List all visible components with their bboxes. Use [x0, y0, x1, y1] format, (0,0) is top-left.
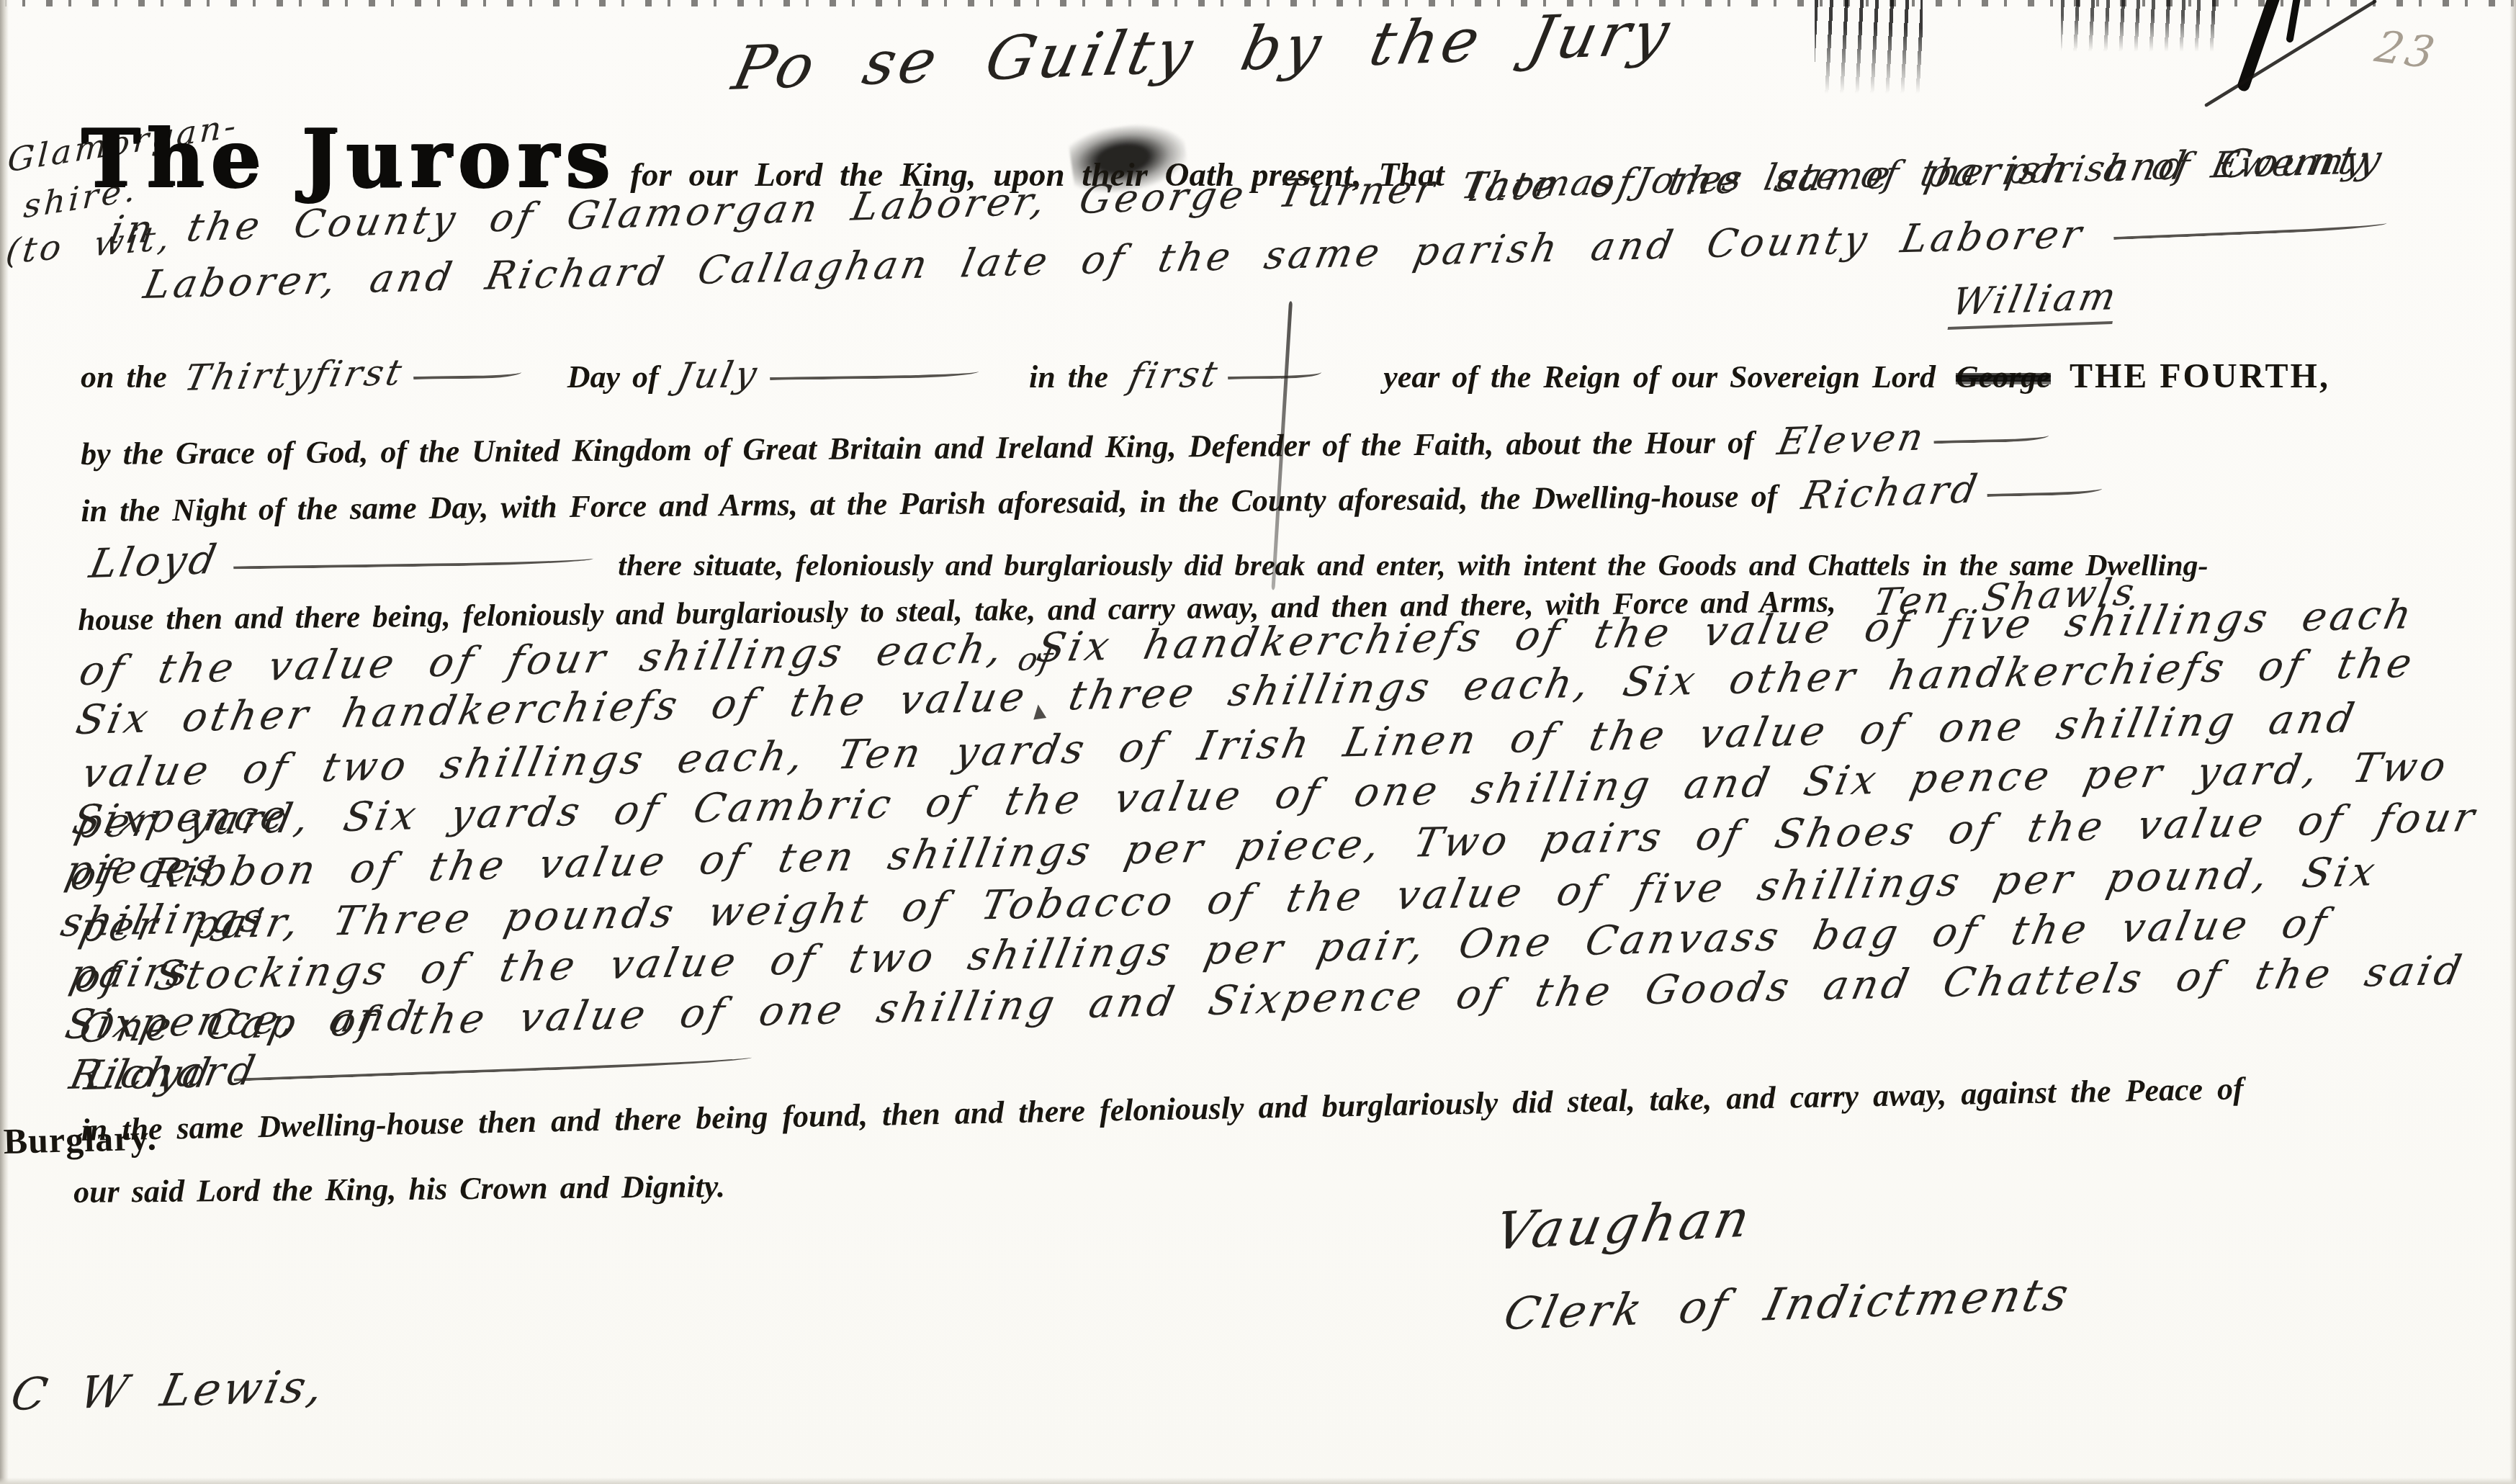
regnal-year-value: first [1126, 353, 1224, 397]
printed-day-of: Day of [567, 359, 659, 395]
charge-date-line: on the Thirtyfirst Day of July in the fi… [81, 354, 2330, 396]
ink-streaks [1815, 0, 1923, 94]
scanned-indictment-document: Po se Guilty by the Jury 23 Glamorgan- s… [0, 0, 2516, 1484]
flourish-line [770, 366, 979, 380]
ink-slash-mark [2182, 0, 2398, 112]
flourish-line [413, 366, 521, 379]
printed-king-style: THE FOURTH, [2070, 356, 2330, 396]
caret-icon [1031, 703, 1046, 719]
opening-blackletter: The Jurors [81, 127, 616, 190]
king-name-correction: George William [1956, 359, 2051, 395]
scan-bottom-edge [0, 1478, 2516, 1484]
month-value: July [673, 354, 763, 397]
flourish-line [1933, 430, 2049, 444]
night-line-text: in the Night of the same Day, with Force… [81, 477, 1777, 529]
counsel-name: C W Lewis, [6, 1360, 331, 1421]
printed-in-the: in the [1029, 359, 1108, 395]
flourish-line [2113, 217, 2386, 240]
flourish-line [1228, 366, 1321, 379]
inserted-word: of [1014, 641, 1058, 679]
printed-on-the: on the [81, 359, 167, 395]
flourish-line [234, 1052, 752, 1081]
householder-surname: Lloyd [86, 536, 223, 588]
printed-reign-of: year of the Reign of our Sovereign Lord [1383, 359, 1936, 395]
grace-line-text: by the Grace of God, of the United Kingd… [81, 424, 1754, 472]
signature-name: Vaughan [1490, 1188, 1758, 1262]
scan-left-edge [0, 0, 9, 1484]
charge-grace-line: by the Grace of God, of the United Kingd… [81, 417, 2049, 474]
hour-value: Eleven [1774, 415, 1929, 464]
inserted-king-name: William [1947, 275, 2121, 330]
householder-first-name: Richard [1798, 466, 1983, 518]
flourish-line [233, 553, 593, 570]
page-number: 23 [2371, 22, 2441, 79]
goods-line-9-text: Lloyd [81, 1050, 217, 1099]
closing-line-2: our said Lord the King, his Crown and Di… [73, 1168, 725, 1210]
day-value: Thirtyfirst [181, 351, 408, 399]
verdict-annotation: Po se Guilty by the Jury [727, 0, 1679, 104]
flourish-line [1987, 482, 2102, 497]
struck-king-name: George [1956, 359, 2051, 395]
signature-title: Clerk of Indictments [1499, 1268, 2076, 1340]
charge-night-line: in the Night of the same Day, with Force… [81, 468, 2103, 531]
